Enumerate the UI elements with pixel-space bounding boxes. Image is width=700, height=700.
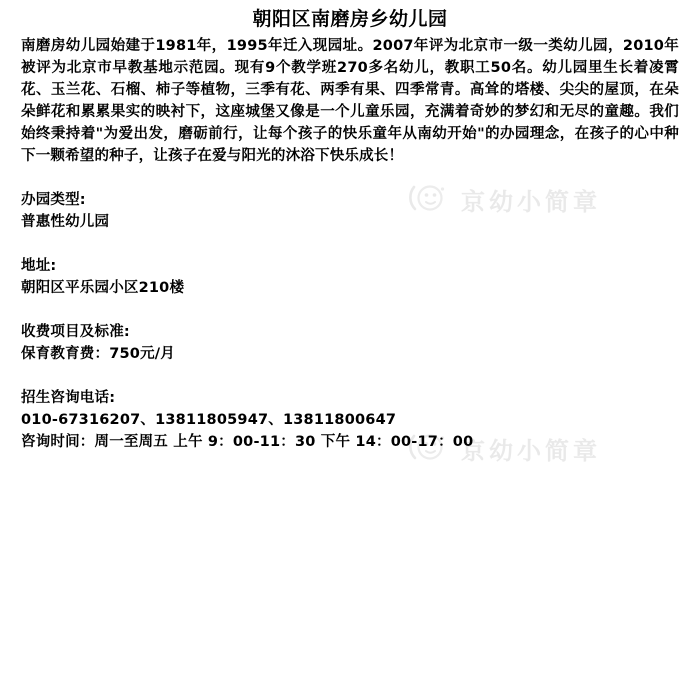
section-type: 办园类型: 普惠性幼儿园 — [21, 189, 679, 233]
page-title: 朝阳区南磨房乡幼儿园 — [21, 4, 679, 31]
document-content: 朝阳区南磨房乡幼儿园 南磨房幼儿园始建于1981年，1995年迁入现园址。200… — [21, 4, 679, 453]
section-contact: 招生咨询电话: 010-67316207、13811805947、1381180… — [21, 387, 679, 453]
intro-paragraph: 南磨房幼儿园始建于1981年，1995年迁入现园址。2007年评为北京市一级一类… — [21, 35, 679, 167]
section-label: 收费项目及标准: — [21, 321, 679, 343]
section-value: 朝阳区平乐园小区210楼 — [21, 277, 679, 299]
section-label: 地址: — [21, 255, 679, 277]
document-page: 京幼小简章 京幼小简章 朝阳区南磨房乡幼儿园 南磨房幼儿园始建于1981年，19… — [0, 0, 700, 700]
section-fees: 收费项目及标准: 保育教育费：750元/月 — [21, 321, 679, 365]
phone-numbers: 010-67316207、13811805947、13811800647 — [21, 409, 679, 431]
section-label: 办园类型: — [21, 189, 679, 211]
section-label: 招生咨询电话: — [21, 387, 679, 409]
consultation-hours: 咨询时间：周一至周五 上午 9：00-11：30 下午 14：00-17：00 — [21, 431, 679, 453]
section-address: 地址: 朝阳区平乐园小区210楼 — [21, 255, 679, 299]
section-value: 普惠性幼儿园 — [21, 211, 679, 233]
section-value: 保育教育费：750元/月 — [21, 343, 679, 365]
